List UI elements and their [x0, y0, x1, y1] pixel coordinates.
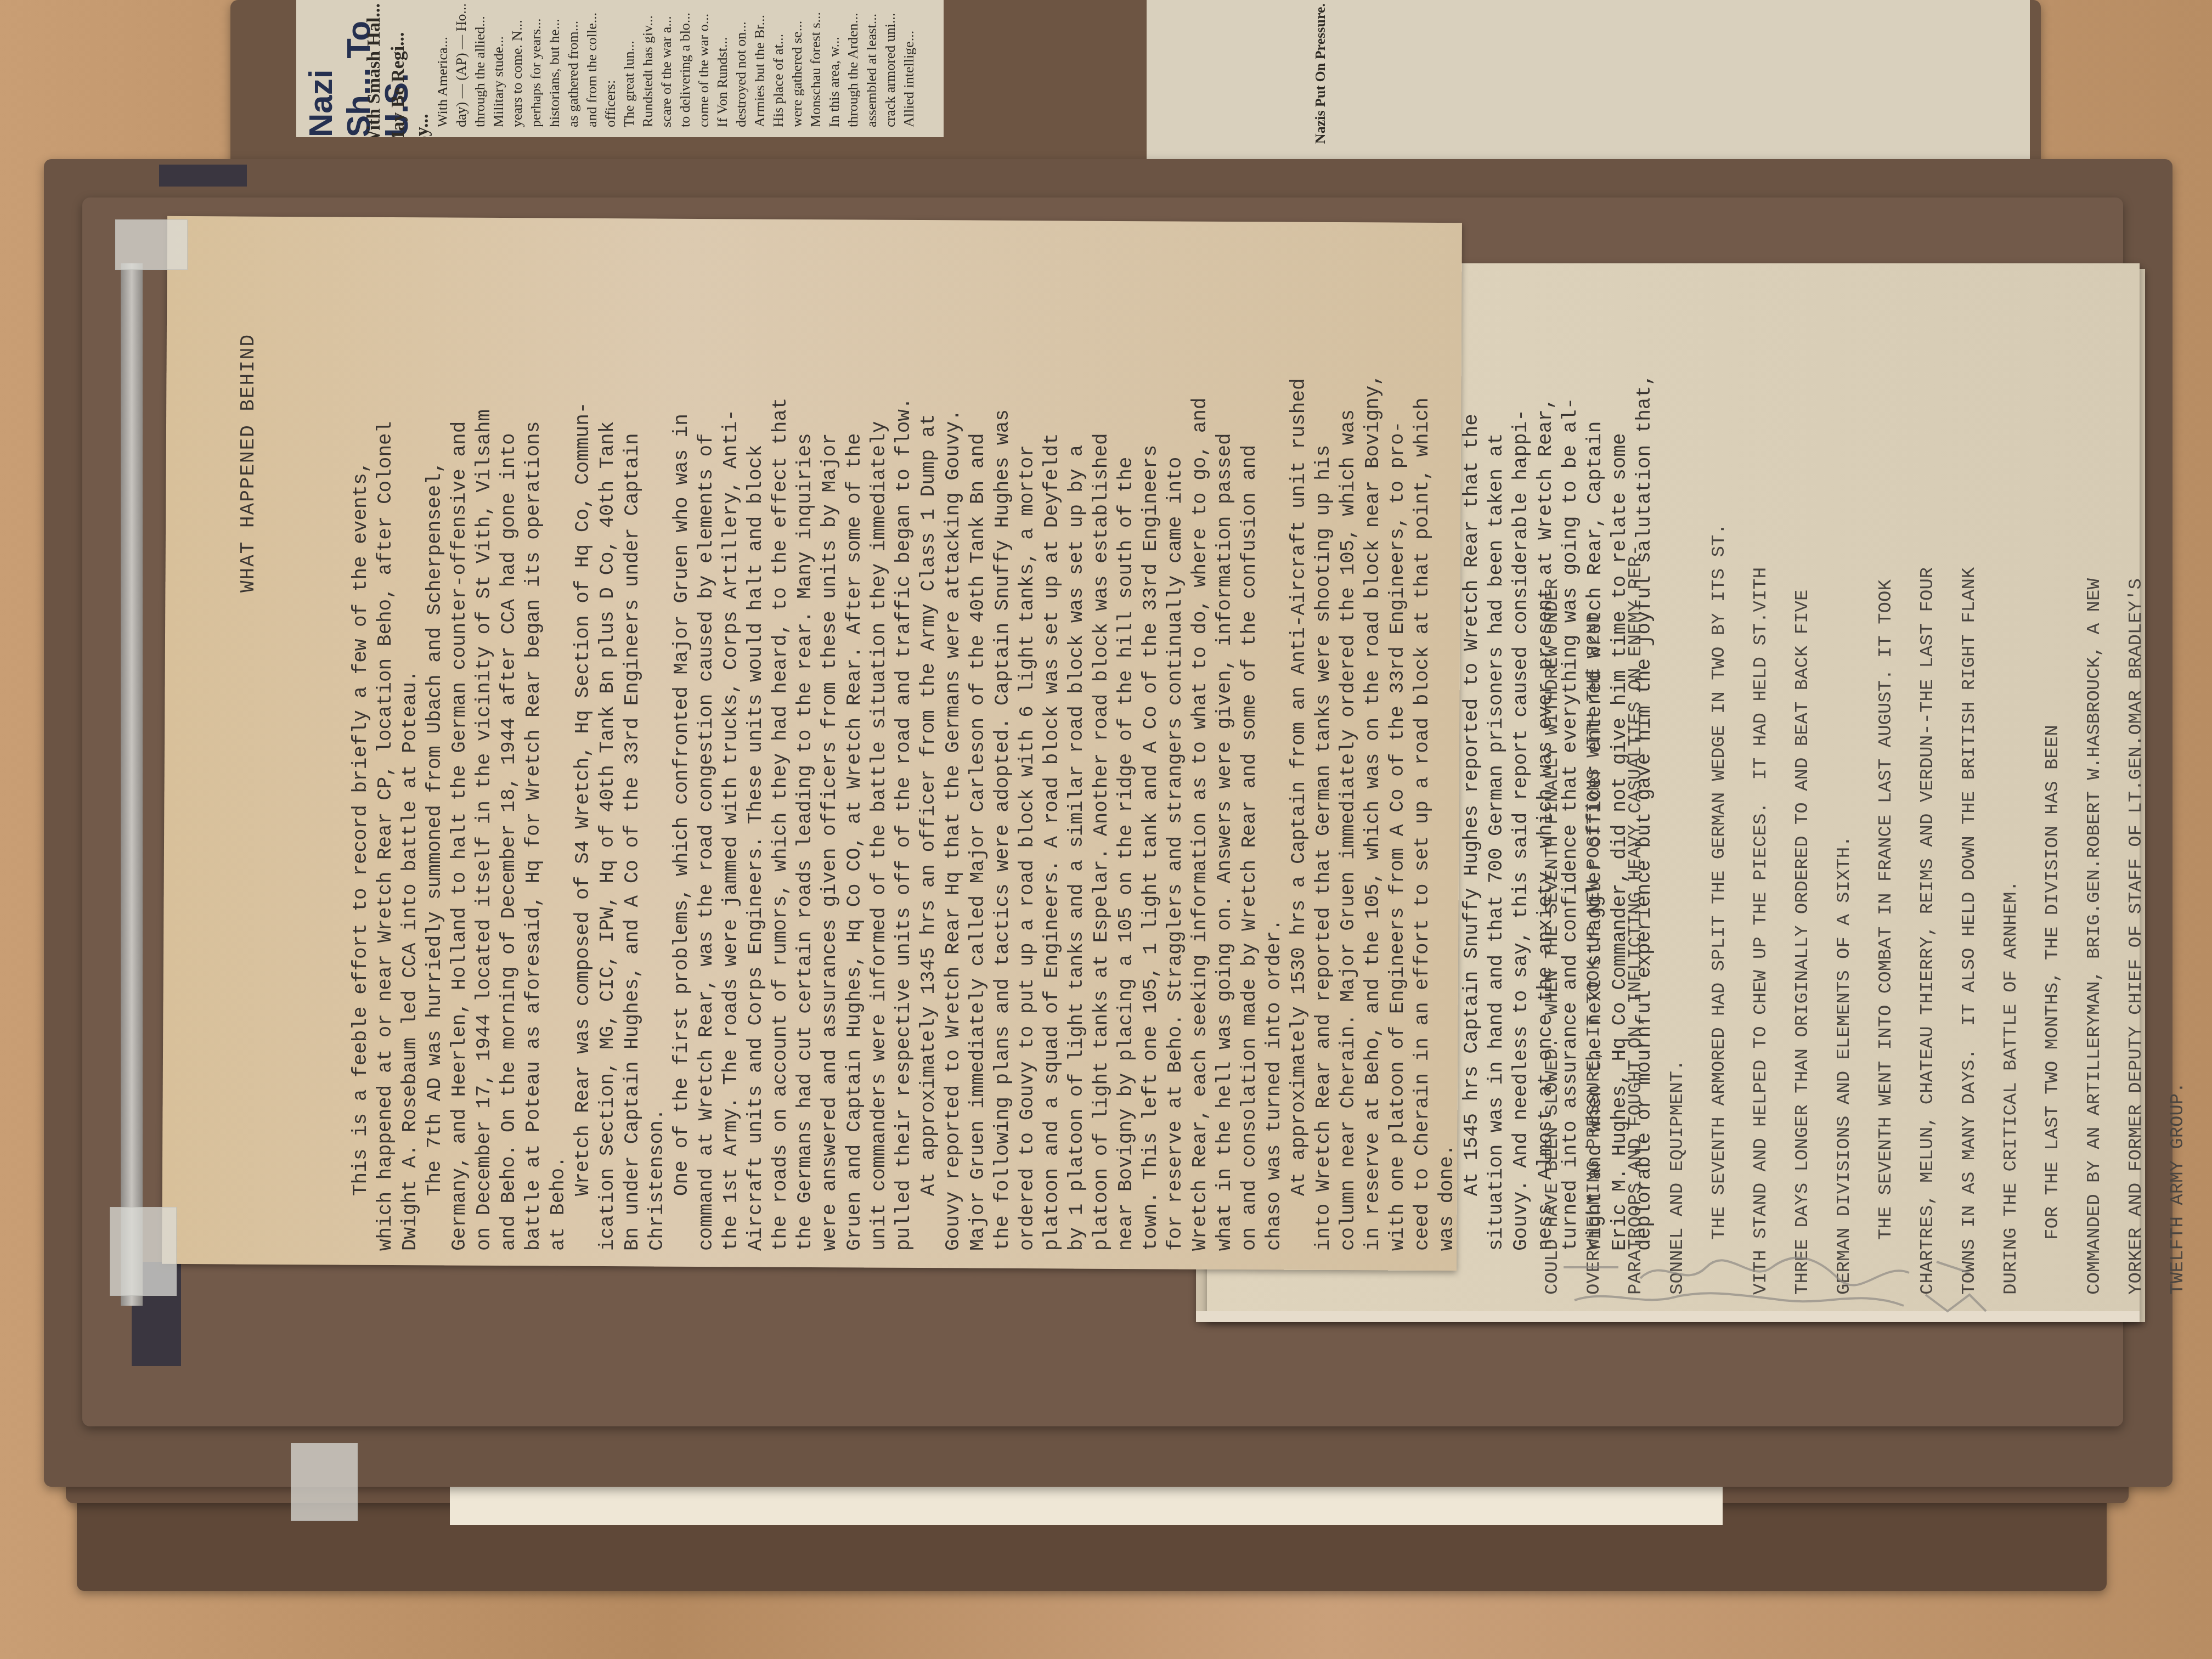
- text-line: battle at Poteau as aforesaid, Hq for Wr…: [521, 219, 546, 1251]
- text-line: Wretch Rear, each seeking information as…: [1188, 219, 1212, 1251]
- clipping-line: and from the colle...: [583, 3, 601, 127]
- text-line: and Beho. On the morning of December 18,…: [496, 219, 521, 1251]
- clipping-body: With America...day) — (AP) — Ho...throug…: [433, 3, 918, 127]
- text-line: Wretch Rear was composed of S4 Wretch, H…: [571, 219, 595, 1251]
- right-paragraph: COULD HAVE BEEN SLOWED. WHEN THE SEVENTH…: [1532, 252, 1699, 1295]
- text-line: Germany, and Heerlen, Holland to halt th…: [447, 219, 472, 1251]
- clipping-line: scare of the war a...: [657, 3, 676, 127]
- left-paragraph: Wretch Rear was composed of S4 Wretch, H…: [571, 219, 669, 1251]
- text-line: SONNEL AND EQUIPMENT.: [1657, 252, 1699, 1295]
- text-line: FOR THE LAST TWO MONTHS, THE DIVISION HA…: [2032, 252, 2074, 1295]
- text-line: command at Wretch Rear, was the road con…: [694, 219, 719, 1251]
- clipping-right-subhead: Nazis Put On Pressure.: [1311, 3, 1330, 144]
- clipping-line: crack armored uni...: [881, 3, 900, 127]
- left-paragraph: One of the first problems, which confron…: [669, 219, 916, 1251]
- subhead-line: With Smash Hal...: [362, 3, 386, 137]
- text-line: TOWNS IN AS MANY DAYS. IT ALSO HELD DOWN…: [1949, 252, 1990, 1295]
- text-line: Aircraft units and Corps Engineers. Thes…: [743, 219, 768, 1251]
- text-line: COULD HAVE BEEN SLOWED. WHEN THE SEVENTH…: [1532, 252, 1573, 1295]
- clipping-line: through the allied...: [471, 3, 489, 127]
- tape-spine: [121, 263, 143, 1306]
- clipping-line: Rundstedt has giv...: [639, 3, 657, 127]
- clipping-line: In this area, w...: [825, 3, 844, 127]
- text-line: with one platoon of Engineers from A Co …: [1385, 219, 1410, 1251]
- text-line: TWELFTH ARMY GROUP.: [2157, 252, 2199, 1295]
- clipping-line: Monschau forest s...: [806, 3, 825, 127]
- text-line: on December 17, 1944 located itself in t…: [472, 219, 496, 1251]
- text-line: Dwight A. Rosebaum led CCA into battle a…: [398, 219, 422, 1251]
- text-line: the roads on account of rumors, which th…: [768, 219, 793, 1251]
- right-paragraph: THE SEVENTH ARMORED HAD SPLIT THE GERMAN…: [1699, 252, 1865, 1295]
- text-line: One of the first problems, which confron…: [669, 219, 694, 1251]
- text-line: Gruen and Captain Hughes, Hq Co CO, at W…: [842, 219, 867, 1251]
- clipping-line: officers:: [601, 3, 620, 127]
- clipping-line: day) — (AP) — Ho...: [452, 3, 471, 127]
- text-line: Gouvy reported to Wretch Rear Hq that th…: [941, 219, 966, 1251]
- text-line: pulled their respective units off of the…: [891, 219, 916, 1251]
- text-line: which happened at or near Wretch Rear CP…: [373, 219, 398, 1251]
- pencil-scribble-icon: [1553, 1245, 2002, 1317]
- text-line: by 1 platoon of light tanks and a simila…: [1064, 219, 1089, 1251]
- clipping-line: perhaps for years...: [527, 3, 545, 127]
- document-title: WHAT HAPPENED BEHIND: [236, 219, 261, 1251]
- text-line: at Beho.: [546, 219, 571, 1251]
- text-line: ceed to Cherain in an effort to set up a…: [1410, 219, 1435, 1251]
- text-line: THE SEVENTH WENT INTO COMBAT IN FRANCE L…: [1865, 252, 1907, 1295]
- text-line: near Bovigny by placing a 105 on the rid…: [1114, 219, 1138, 1251]
- text-line: platoon of light tanks at Espelar. Anoth…: [1089, 219, 1114, 1251]
- text-line: At approximately 1530 hrs a Captain from…: [1286, 219, 1311, 1251]
- tape-strip: [110, 1207, 177, 1296]
- clipping-line: Allied intellige...: [900, 3, 918, 127]
- text-line: column near Cherain. Major Gruen immedia…: [1336, 219, 1361, 1251]
- text-line: DURING THE CRITICAL BATTLE OF ARNHEM.: [1990, 252, 2032, 1295]
- text-line: COMMANDED BY AN ARTILLERYMAN, BRIG.GEN.R…: [2074, 252, 2115, 1295]
- text-line: THREE DAYS LONGER THAN ORIGINALLY ORDERE…: [1782, 252, 1824, 1295]
- clipping-line: His place of at...: [769, 3, 788, 127]
- text-line: GERMAN DIVISIONS AND ELEMENTS OF A SIXTH…: [1824, 252, 1865, 1295]
- left-paragraph: At approximately 1530 hrs a Captain from…: [1286, 219, 1459, 1251]
- right-body: COULD HAVE BEEN SLOWED. WHEN THE SEVENTH…: [1532, 252, 2199, 1295]
- text-line: for reserve at Beho. Stragglers and stra…: [1163, 219, 1188, 1251]
- binding-tape-top: [159, 165, 247, 187]
- text-line: Bn under Captain Hughes, and A Co of the…: [620, 219, 645, 1251]
- right-paragraph: THE SEVENTH WENT INTO COMBAT IN FRANCE L…: [1865, 252, 2032, 1295]
- left-paragraph: The 7th AD was hurriedly summoned from U…: [422, 219, 571, 1251]
- right-paragraph: FOR THE LAST TWO MONTHS, THE DIVISION HA…: [2032, 252, 2199, 1295]
- clipping-line: come of the war o...: [695, 3, 713, 127]
- text-line: THE SEVENTH ARMORED HAD SPLIT THE GERMAN…: [1699, 252, 1740, 1295]
- text-line: CHARTRES, MELUN, CHATEAU THIERRY, REIMS …: [1907, 252, 1949, 1295]
- clipping-line: years to come. N...: [508, 3, 527, 127]
- text-line: on and consolation made by Wretch Rear a…: [1237, 219, 1262, 1251]
- clipping-line: to delivering a blo...: [676, 3, 695, 127]
- clipping-line: were gathered se...: [788, 3, 806, 127]
- text-line: in reserve at Beho, and the 105, which w…: [1361, 219, 1385, 1251]
- text-line: the 1st Army. The roads were jammed with…: [719, 219, 743, 1251]
- text-line: platoon and a squad of Engineers. A road…: [1040, 219, 1064, 1251]
- clipping-line: The great lun...: [620, 3, 639, 127]
- text-line: This is a feeble effort to record briefl…: [348, 219, 373, 1251]
- clipping-line: destroyed not on...: [732, 3, 751, 127]
- clipping-line: Military stude...: [489, 3, 508, 127]
- text-line: chaso was turned into order.: [1262, 219, 1286, 1251]
- clipping-line: If Von Rundst...: [713, 3, 732, 127]
- newspaper-clipping-left: Nazi Sh... To U.S. With Smash Hal... May…: [296, 0, 944, 137]
- clipping-line: historians, but he...: [545, 3, 564, 127]
- text-line: the following plans and tactics were ado…: [990, 219, 1015, 1251]
- clipping-line: as gathered from...: [564, 3, 583, 127]
- clipping-line: With America...: [433, 3, 452, 127]
- tape-strip: [291, 1443, 358, 1521]
- clipping-line: through the Arden...: [844, 3, 862, 127]
- text-line: into Wretch Rear and reported that Germa…: [1311, 219, 1336, 1251]
- left-paragraph: This is a feeble effort to record briefl…: [348, 219, 422, 1251]
- byline: By...: [410, 3, 435, 137]
- text-line: OVERWHELMING PRESSURE, IT TOOK UP NEW PO…: [1573, 252, 1615, 1295]
- text-line: The 7th AD was hurriedly summoned from U…: [422, 219, 447, 1251]
- text-line: town. This left one 105, 1 light tank an…: [1138, 219, 1163, 1251]
- clipping-line: assembled at least...: [862, 3, 881, 127]
- clipping-line: Armies but the Br...: [751, 3, 769, 127]
- clipping-subheads: With Smash Hal... May Be Regi... By...: [362, 3, 435, 137]
- text-line: ication Section, MG, CIC, IPW, Hq of 40t…: [595, 219, 620, 1251]
- text-line: Christenson.: [645, 219, 669, 1251]
- tape-strip: [115, 219, 188, 270]
- text-line: the Germans had cut certain roads leadin…: [793, 219, 817, 1251]
- text-line: VITH STAND AND HELPED TO CHEW UP THE PIE…: [1740, 252, 1782, 1295]
- left-paragraph: At approximately 1345 hrs an officer fro…: [916, 219, 1286, 1251]
- handwritten-annotation: (illegible pencil annotation): [1553, 1245, 2002, 1317]
- text-line: Major Gruen immediately called Major Car…: [966, 219, 990, 1251]
- text-line: were answered and assurances given offic…: [817, 219, 842, 1251]
- text-line: At approximately 1345 hrs an officer fro…: [916, 219, 941, 1251]
- text-line: PARATROOPS AND FOUGHT ON, INFLICTING HEA…: [1615, 252, 1657, 1295]
- typescript-right: COULD HAVE BEEN SLOWED. WHEN THE SEVENTH…: [1448, 252, 2212, 1295]
- text-line: unit commanders were informed of the bat…: [867, 219, 891, 1251]
- text-line: YORKER AND FORMER DEPUTY CHIEF OF STAFF …: [2115, 252, 2157, 1295]
- text-line: what in the hell was going on. Answers w…: [1212, 219, 1237, 1251]
- page-stack-edge: [450, 1481, 1723, 1525]
- newspaper-clipping-right: Nazis Put On Pressure.: [1147, 0, 2030, 176]
- text-line: ordered to Gouvy to put up a road block …: [1015, 219, 1040, 1251]
- subhead-line: May Be Regi...: [386, 3, 410, 137]
